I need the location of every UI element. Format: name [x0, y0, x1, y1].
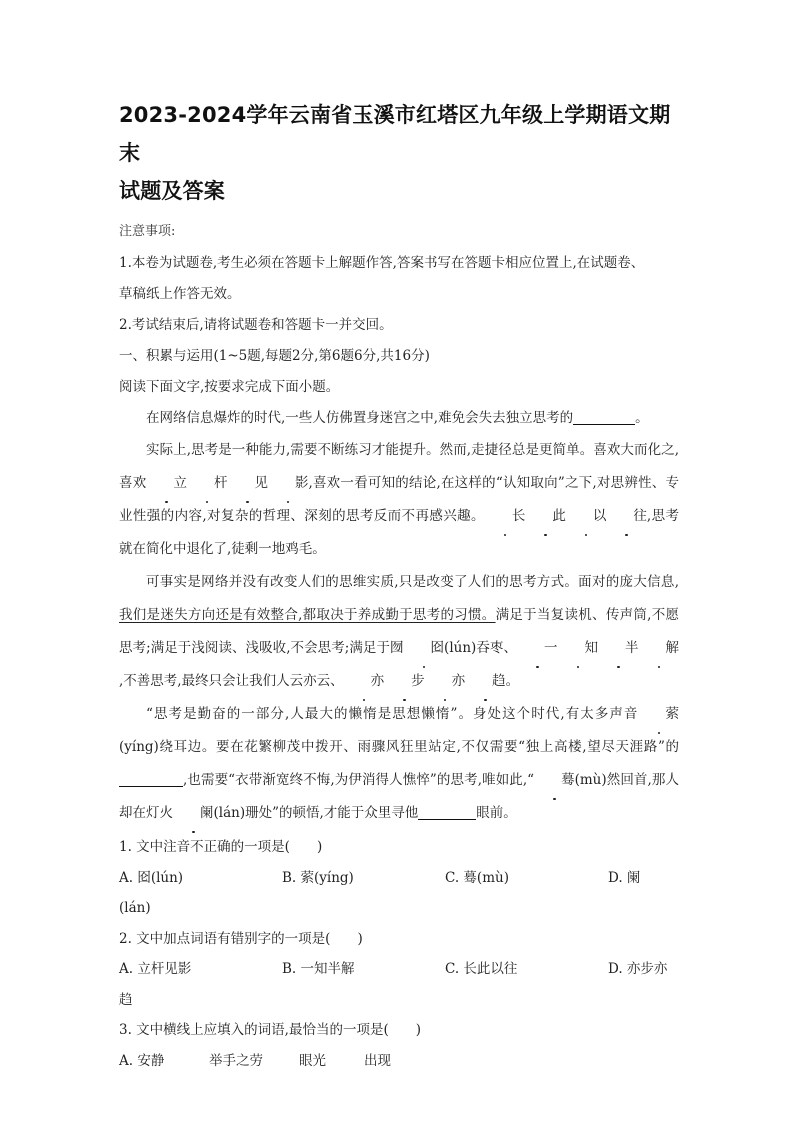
paragraph-end: 。 [635, 410, 649, 426]
paragraph-text: ,不善思考,最终只会让我们人云亦云、 [119, 673, 344, 689]
option-c[interactable]: C. 长此以往 [445, 954, 608, 985]
question-1-options: A. 囵(lún) B. 萦(yíng) C. 蓦(mù) D. 阑 [119, 863, 679, 894]
question-3-option-a[interactable]: A. 安静 举手之劳 眼光 出现 [119, 1046, 679, 1077]
option-d[interactable]: D. 阑 [608, 863, 640, 894]
option-a-word-4: 出现 [364, 1046, 391, 1077]
option-a-word-2: 举手之劳 [209, 1046, 299, 1077]
dotted-char: 此 [525, 500, 566, 533]
notice-item-1: 1.本卷为试题卷,考生必须在答题卡上解题作答,答案书写在答题卡相应位置上,在试题… [119, 248, 679, 310]
paragraph-text: 。 [506, 673, 520, 689]
dotted-char: 知 [558, 632, 599, 665]
document-title: 2023-2024学年云南省玉溪市红塔区九年级上学期语文期末 试题及答案 [119, 96, 679, 210]
dotted-char: 趋 [465, 665, 506, 698]
question-2-stem: 2. 文中加点词语有错别字的一项是( ) [119, 924, 679, 955]
question-1-stem: 1. 文中注音不正确的一项是( ) [119, 832, 679, 863]
dotted-char: 半 [598, 632, 639, 665]
dotted-char: 立 [146, 467, 187, 500]
dotted-char: 以 [566, 500, 607, 533]
reading-instruction: 阅读下面文字,按要求完成下面小题。 [119, 372, 679, 403]
option-a[interactable]: A. 囵(lún) [119, 863, 282, 894]
dotted-char: 蓦 [534, 764, 575, 797]
underlined-sentence: 我们是迷失方向还是有效整合,都取决于养成勤于思考的习惯。 [119, 607, 496, 623]
option-a-word-1: A. 安静 [119, 1046, 209, 1077]
option-b[interactable]: B. 一知半解 [282, 954, 445, 985]
notice-heading: 注意事项: [119, 224, 679, 240]
question-2-options: A. 立杆见影 B. 一知半解 C. 长此以往 D. 亦步亦 [119, 954, 679, 985]
paragraph-text: 在网络信息爆炸的时代,一些人仿佛置身迷宫之中,难免会失去独立思考的 [146, 410, 573, 426]
option-b[interactable]: B. 萦(yíng) [282, 863, 445, 894]
dotted-char: 解 [639, 632, 680, 665]
fill-blank-3 [418, 805, 476, 820]
passage-paragraph-4: “思考是勤奋的一部分,人最大的懒惰是思想懒惰”。身处这个时代,有太多声音萦(yí… [119, 698, 679, 830]
dotted-char: 阑 [173, 797, 214, 830]
option-c[interactable]: C. 蓦(mù) [445, 863, 608, 894]
exam-page: 2023-2024学年云南省玉溪市红塔区九年级上学期语文期末 试题及答案 注意事… [119, 96, 679, 1076]
dotted-char: 萦 [639, 698, 680, 731]
paragraph-text: (lán)珊处”的顿悟,才能于众里寻他 [214, 805, 419, 821]
passage-paragraph-3: 可事实是网络并没有改变人们的思维实质,只是改变了人们的思考方式。面对的庞大信息,… [119, 566, 679, 698]
title-line-1: 2023-2024学年云南省玉溪市红塔区九年级上学期语文期末 [119, 103, 670, 165]
passage-paragraph-1: 在网络信息爆炸的时代,一些人仿佛置身迷宫之中,难免会失去独立思考的。 [119, 403, 679, 434]
dotted-char: 亦 [344, 665, 385, 698]
dotted-char: 杆 [187, 467, 228, 500]
paragraph-text: 眼前。 [476, 805, 517, 821]
fill-blank-2 [119, 772, 183, 787]
dotted-char: 一 [517, 632, 558, 665]
notice-item-1-line-1: 1.本卷为试题卷,考生必须在答题卡上解题作答,答案书写在答题卡相应位置上,在试题… [119, 255, 644, 271]
notice-block: 1.本卷为试题卷,考生必须在答题卡上解题作答,答案书写在答题卡相应位置上,在试题… [119, 248, 679, 403]
paragraph-text: “思考是勤奋的一部分,人最大的懒惰是思想懒惰”。身处这个时代,有太多声音 [146, 706, 639, 722]
question-3-stem: 3. 文中横线上应填入的词语,最恰当的一项是( ) [119, 1015, 679, 1046]
option-d-continuation: (lán) [119, 893, 679, 924]
dotted-char: 亦 [425, 665, 466, 698]
dotted-char: 往 [606, 500, 647, 533]
notice-item-2: 2.考试结束后,请将试题卷和答题卡一并交回。 [119, 310, 679, 341]
paragraph-text: ,也需要“衣带渐宽终不悔,为伊消得人憔悴”的思考,唯如此,“ [183, 772, 534, 788]
dotted-char: 长 [485, 500, 526, 533]
option-d[interactable]: D. 亦步亦 [608, 954, 667, 985]
paragraph-text: (lún)吞枣、 [444, 640, 517, 656]
option-d-continuation: 趋 [119, 985, 679, 1016]
section-heading: 一、积累与运用(1~5题,每题2分,第6题6分,共16分) [119, 341, 679, 372]
paragraph-text: (yíng)绕耳边。要在花繁柳茂中拨开、雨骤风狂里站定,不仅需要“独上高楼,望尽… [119, 739, 679, 755]
dotted-char: 影 [268, 467, 309, 500]
reading-passage: 在网络信息爆炸的时代,一些人仿佛置身迷宫之中,难免会失去独立思考的。 实际上,思… [119, 403, 679, 830]
fill-blank-1 [573, 410, 635, 425]
notice-item-1-line-2: 草稿纸上作答无效。 [119, 286, 241, 302]
passage-paragraph-2: 实际上,思考是一种能力,需要不断练习才能提升。然而,走捷径总是更简单。喜欢大而化… [119, 434, 679, 566]
title-line-2: 试题及答案 [119, 179, 225, 203]
option-a-word-3: 眼光 [299, 1046, 364, 1077]
dotted-char: 步 [384, 665, 425, 698]
option-a[interactable]: A. 立杆见影 [119, 954, 282, 985]
question-list: 1. 文中注音不正确的一项是( ) A. 囵(lún) B. 萦(yíng) C… [119, 832, 679, 1076]
dotted-char: 见 [227, 467, 268, 500]
dotted-char: 囵 [404, 632, 445, 665]
paragraph-text: 可事实是网络并没有改变人们的思维实质,只是改变了人们的思考方式。面对的庞大信息, [146, 574, 679, 590]
